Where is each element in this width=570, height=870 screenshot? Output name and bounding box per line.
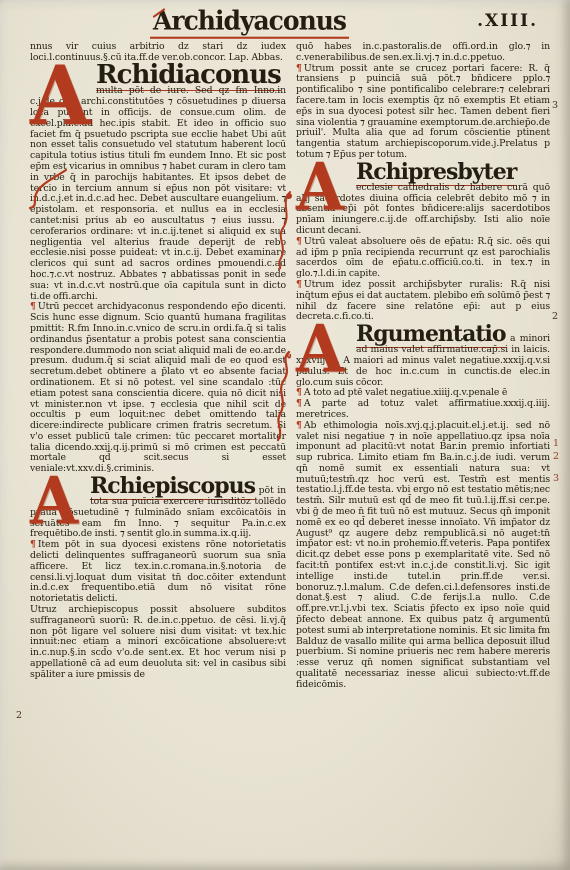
paragraph-a-parte: ¶A parte ad totuz valet affirmatiue.xxxi… [296,399,550,421]
pilcrow-icon: ¶ [296,279,302,290]
paragraph-text: Utruz archiepiscopus possit absoluere su… [30,604,286,680]
continuation-text: quō habes in.c.pastoralis.de offi.ord.in… [296,42,550,64]
paragraph-utrum-peccet: ¶Utrū peccet archidyaconus respondendo e… [30,302,286,475]
pilcrow-icon: ¶ [296,63,302,74]
paragraph-utruz-archiepiscopus: Utruz archiepiscopus possit absoluere su… [30,605,286,681]
manuscript-page: Archidyaconus .XIII. nnus vir cuius arbi… [0,0,570,870]
margin-numeral: 2 [553,451,559,462]
pilcrow-icon: ¶ [30,301,36,312]
paragraph-item-pot: ¶Item pōt in sua dyocesi existens rōne n… [30,540,286,605]
pilcrow-icon: ¶ [296,398,302,409]
paragraph-utru-valeat: ¶Utrū valeat absoluere oēs de ep̄atu: R.… [296,237,550,280]
paragraph-text: Ab ethimologia noīs.xvj.q.j.placuit.el.j… [296,420,550,690]
paragraph-utrum-possit: ¶Utrum possit ante se crucez portari fac… [296,64,550,161]
section-archiepiscopus: ARchiepiscopus pōt in tota sua puīcia ex… [30,475,286,540]
paragraph-text: Utrum possit ante se crucez portari face… [296,63,550,160]
paragraph-text: Item pōt in sua dyocesi existens rōne no… [30,539,286,604]
section-argumentatio: ARgumentatio a minori ad maius valet aff… [296,323,550,388]
margin-numeral: 2 [16,710,22,721]
margin-numeral: 3 [553,473,559,484]
rubric-initial-a: A [30,63,96,98]
margin-numeral: 2 [552,311,558,322]
pilcrow-icon: ¶ [30,539,36,550]
paragraph-text: A parte ad totuz valet affirmatiue.xxxij… [296,398,550,420]
rubric-initial-a: A [30,474,90,508]
paragraph-text: A toto ad ptē valet negatiue.xiiij.q.v.p… [304,387,507,398]
rubric-initial-a: A [296,322,356,356]
right-column: quō habes in.c.pastoralis.de offi.ord.in… [296,42,550,691]
left-column: nnus vir cuius arbitrio dz stari dz iude… [30,42,286,681]
margin-numeral: 3 [552,100,558,111]
running-head: Archidyaconus .XIII. [0,6,570,36]
pilcrow-icon: ¶ [296,236,302,247]
rubric-initial-a: A [296,160,356,194]
folio-number: .XIII. [477,11,538,31]
page-title: Archidyaconus [150,5,349,39]
pilcrow-icon: ¶ [296,420,302,431]
section-archipresbyter: ARchipresbyter ecclesie cathedralis dz h… [296,161,550,237]
paragraph-text: Utrū valeat absoluere oēs de ep̄atu: R.q… [296,236,550,279]
section-archidiaconus: ARchidiaconus multa pōt de iure. Sed qz … [30,64,286,303]
paragraph-text: Utrū peccet archidyaconus respondendo ep… [30,301,286,474]
pilcrow-icon: ¶ [296,387,302,398]
margin-numeral: 1 [553,438,559,449]
paragraph-ab-ethimologia: ¶Ab ethimologia noīs.xvj.q.j.placuit.el.… [296,421,550,691]
